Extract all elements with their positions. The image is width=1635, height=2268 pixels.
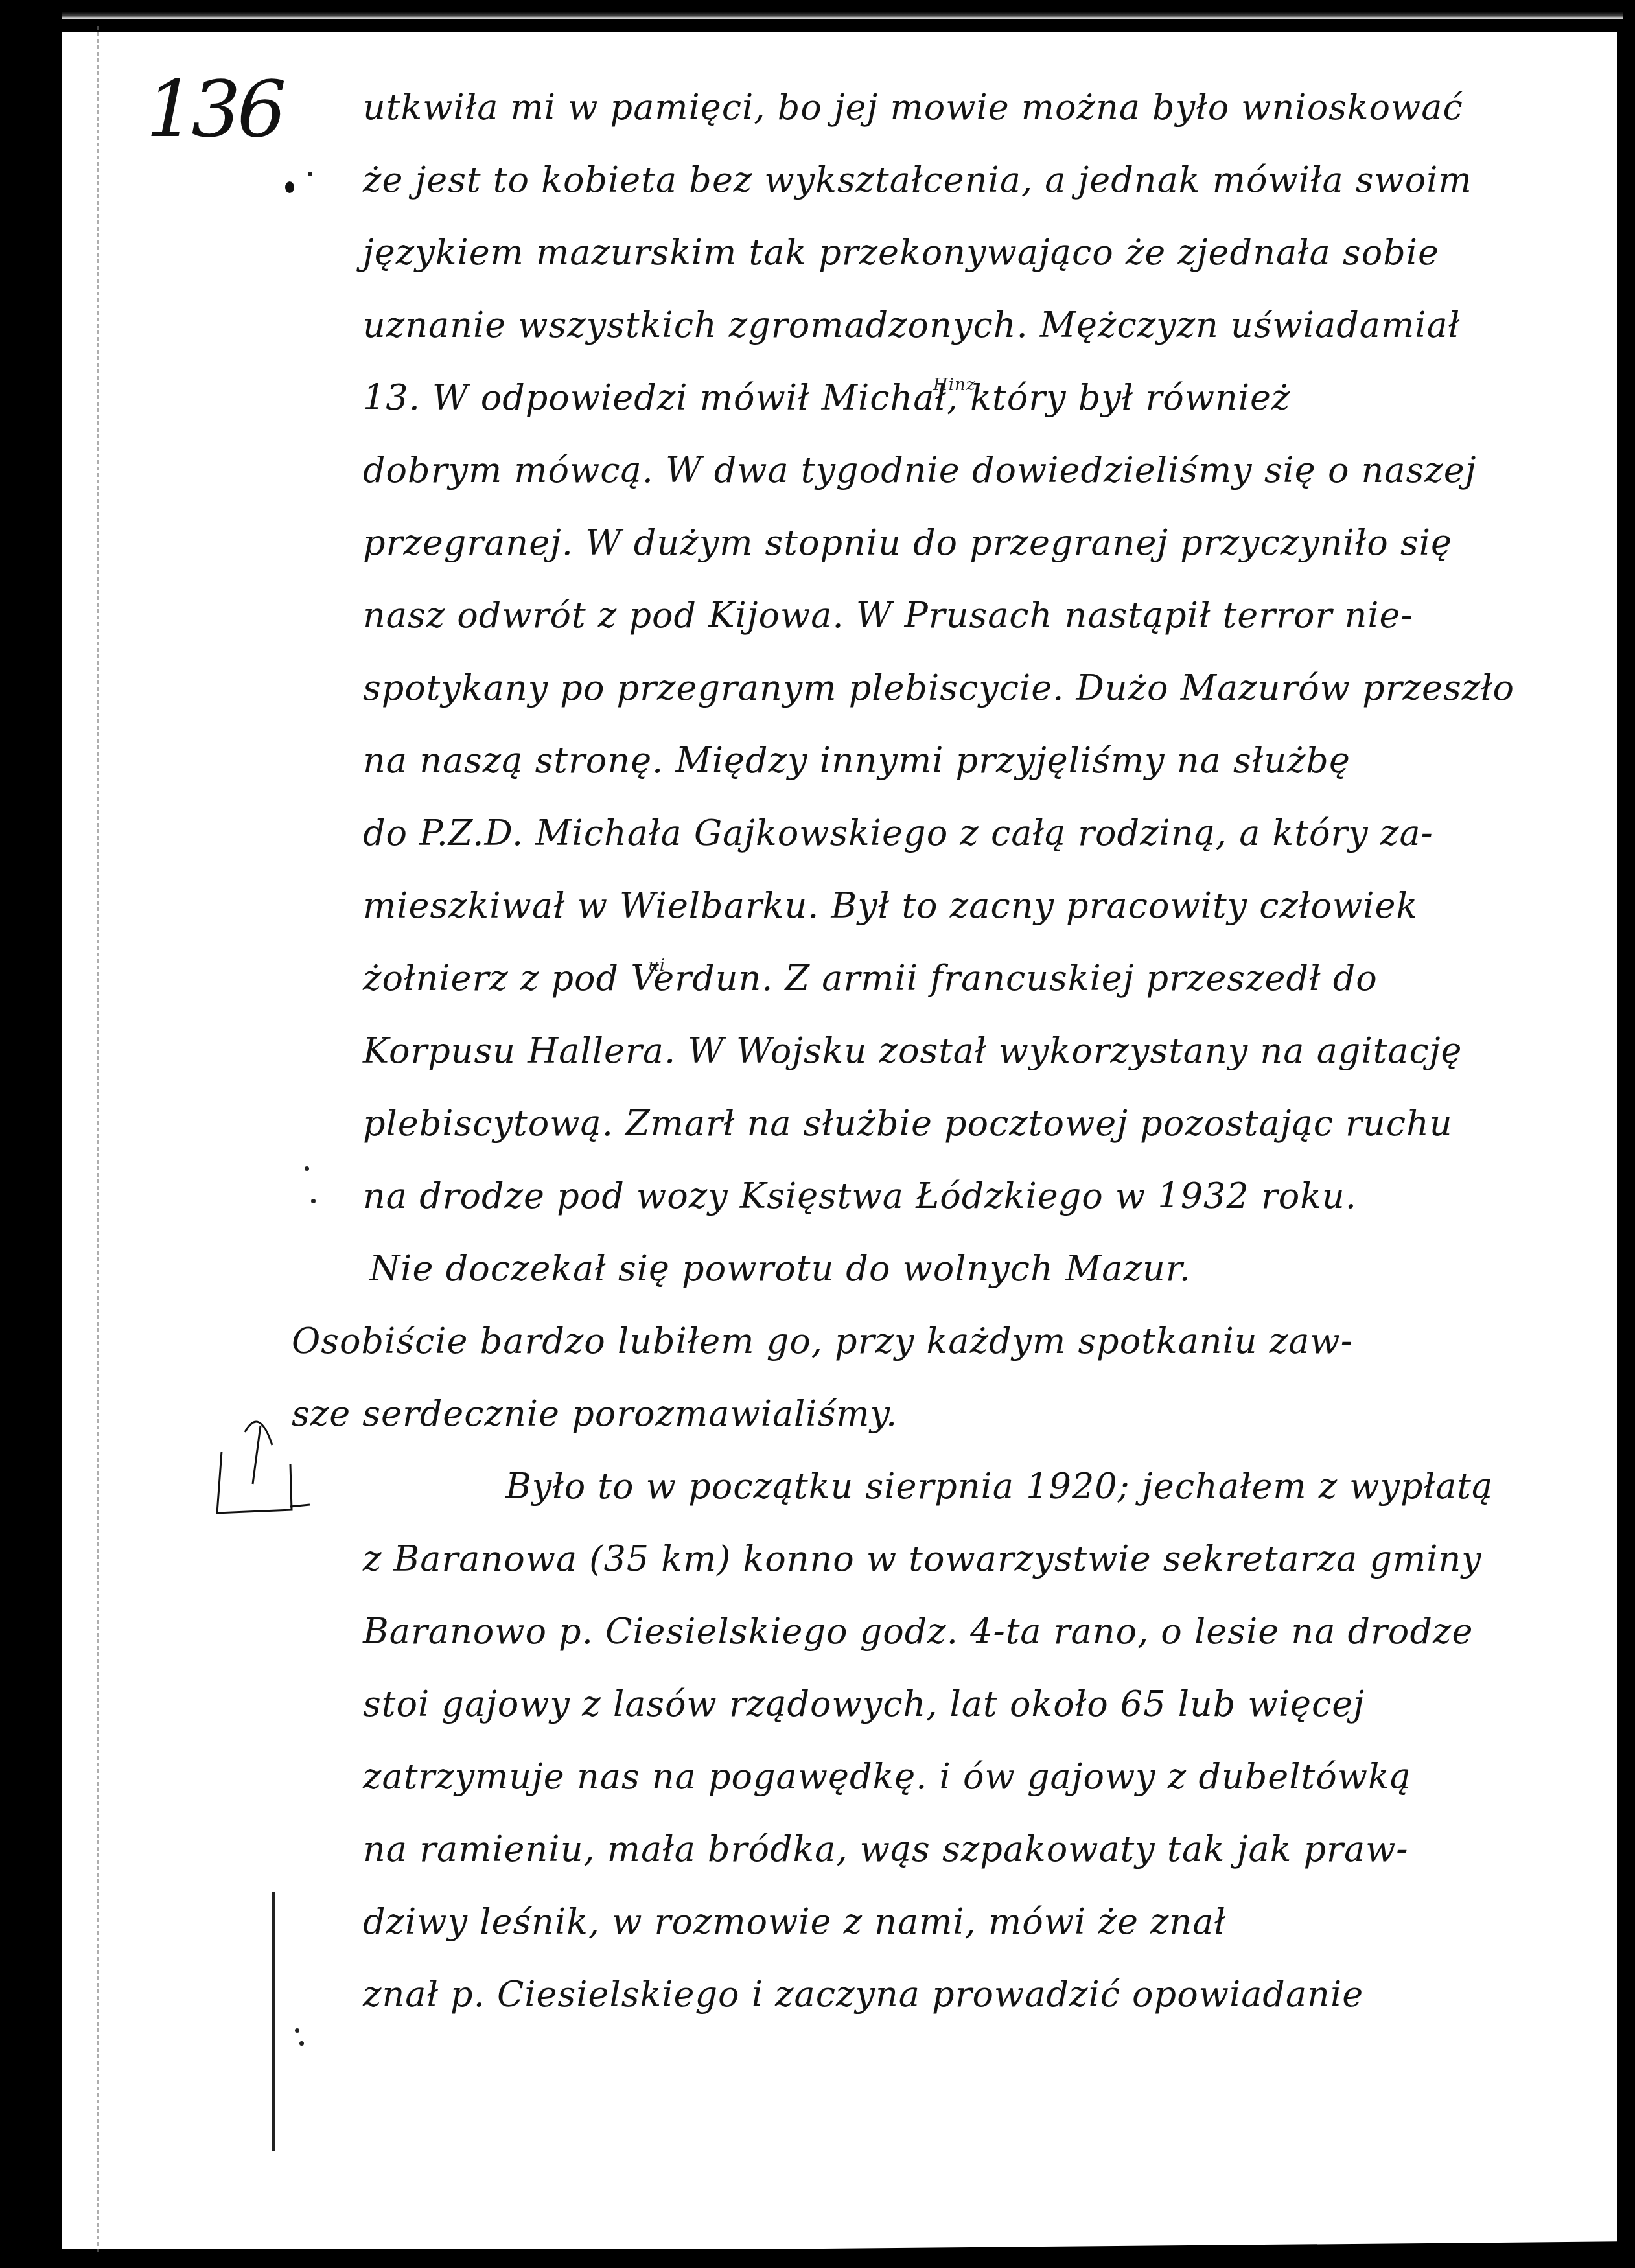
text-line: na drodze pod wozy Księstwa Łódzkiego w … xyxy=(363,1160,1614,1232)
text-line: na ramieniu, mała bródka, wąs szpakowaty… xyxy=(363,1813,1614,1886)
text-line: że jest to kobieta bez wykształcenia, a … xyxy=(363,144,1614,216)
ink-speck xyxy=(311,1199,316,1203)
line-text: 13. W odpowiedzi mówił Michał, który był… xyxy=(363,377,1290,418)
scan-border-right xyxy=(1623,0,1635,2268)
text-line: Korpusu Hallera. W Wojsku został wykorzy… xyxy=(363,1015,1614,1087)
text-line: utkwiła mi w pamięci, bo jej mowie można… xyxy=(363,71,1614,144)
text-line: Nie doczekał się powrotu do wolnych Mazu… xyxy=(363,1232,1614,1305)
text-line: językiem mazurskim tak przekonywająco że… xyxy=(363,216,1614,289)
text-line: 13. W odpowiedzi mówił Michał, który był… xyxy=(363,362,1614,434)
text-line: Osobiście bardzo lubiłem go, przy każdym… xyxy=(292,1305,1614,1378)
text-line: zatrzymuje nas na pogawędkę. i ów gajowy… xyxy=(363,1741,1614,1813)
margin-vertical-line xyxy=(272,1892,275,2151)
ink-speck xyxy=(295,2028,299,2033)
ink-speck xyxy=(299,2041,304,2046)
text-line: dziwy leśnik, w rozmowie z nami, mówi że… xyxy=(363,1886,1614,1958)
text-line: mieszkiwał w Wielbarku. Był to zacny pra… xyxy=(363,870,1614,942)
text-line: żołnierz z pod Verdun. Z armii francuski… xyxy=(363,942,1614,1015)
scan-border-top xyxy=(0,0,1635,19)
text-line: dobrym mówcą. W dwa tygodnie dowiedzieli… xyxy=(363,434,1614,507)
text-line: stoi gajowy z lasów rządowych, lat około… xyxy=(363,1668,1614,1741)
text-line: przegranej. W dużym stopniu do przegrane… xyxy=(363,507,1614,579)
text-line: spotykany po przegranym plebiscycie. Duż… xyxy=(363,652,1614,724)
margin-up-arrow-bracket-icon xyxy=(214,1400,311,1529)
scan-border-left xyxy=(0,0,62,2268)
text-line: plebiscytową. Zmarł na służbie pocztowej… xyxy=(363,1087,1614,1160)
text-line: nasz odwrót z pod Kijowa. W Prusach nast… xyxy=(363,579,1614,652)
line-text: żołnierz z pod Verdun. Z armii francuski… xyxy=(363,958,1378,999)
text-line: na naszą stronę. Między innymi przyjęliś… xyxy=(363,724,1614,797)
page-number: 136 xyxy=(146,65,283,155)
binding-rule-line xyxy=(97,26,99,2255)
ink-speck xyxy=(305,1166,309,1171)
handwritten-text-block: utkwiła mi w pamięci, bo jej mowie można… xyxy=(363,71,1614,2031)
interlinear-insertion: Hinz xyxy=(933,349,975,421)
text-line: uznanie wszystkich zgromadzonych. Mężczy… xyxy=(363,289,1614,362)
text-line: Było to w początku sierpnia 1920; jechał… xyxy=(363,1450,1614,1523)
text-line: do P.Z.D. Michała Gajkowskiego z całą ro… xyxy=(363,797,1614,870)
text-line: Baranowo p. Ciesielskiego godz. 4-ta ran… xyxy=(363,1595,1614,1668)
text-line: z Baranowa (35 km) konno w towarzystwie … xyxy=(363,1523,1614,1595)
ink-dot xyxy=(285,181,294,193)
interlinear-insertion: ui xyxy=(648,929,666,1002)
text-line: sze serdecznie porozmawialiśmy. xyxy=(292,1378,1614,1450)
text-line: znał p. Ciesielskiego i zaczyna prowadzi… xyxy=(363,1958,1614,2031)
ink-speck xyxy=(308,172,312,176)
